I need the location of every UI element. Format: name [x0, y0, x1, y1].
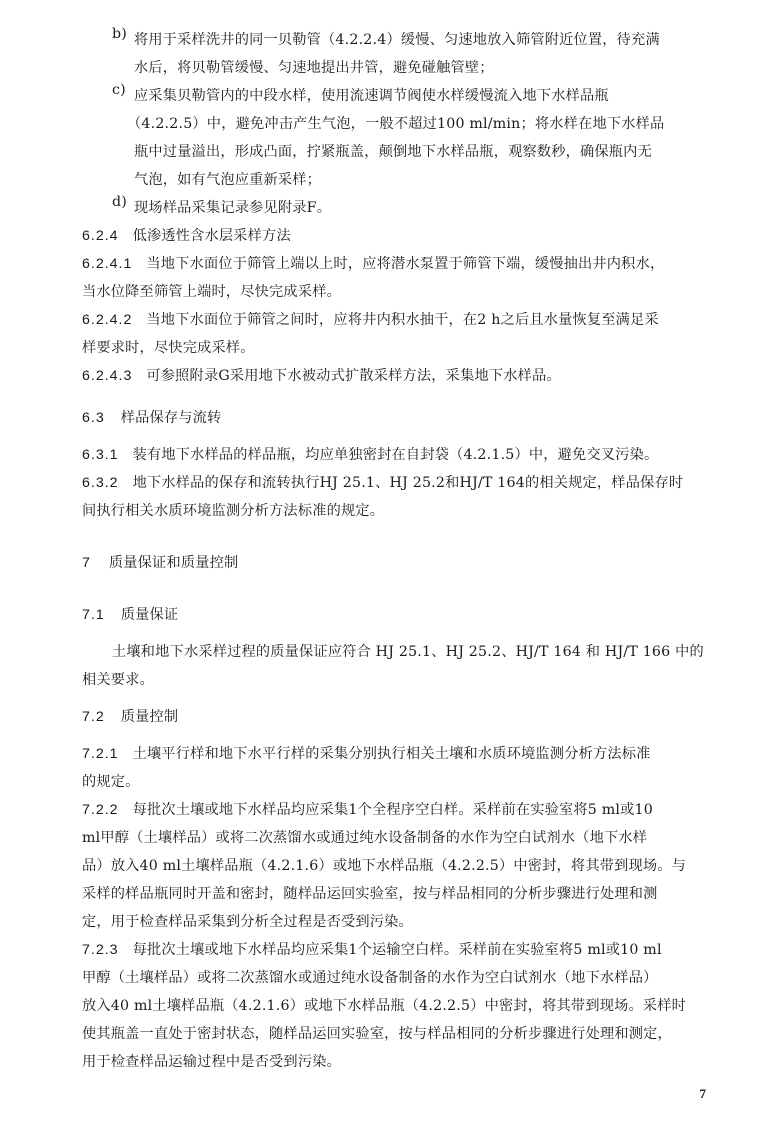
- section-title: 样品保存与流转: [121, 410, 222, 426]
- paragraph-text: 土壤和地下水采样过程的质量保证应符合 HJ 25.1、HJ 25.2、HJ/T …: [82, 638, 712, 666]
- clause-6-2-4-2: 6.2.4.2当地下水面位于筛管之间时，应将井内积水抽干，在2 h之后且水量恢复…: [82, 306, 712, 362]
- text-line: 现场样品采集记录参见附录F。: [134, 194, 712, 222]
- list-item-c: c) 应采集贝勒管内的中段水样，使用流速调节阀使水样缓慢流入地下水样品瓶 （4.…: [82, 82, 712, 194]
- list-item-d: d) 现场样品采集记录参见附录F。: [82, 194, 712, 222]
- clause-text: 间执行相关水质环境监测分析方法标准的规定。: [82, 497, 712, 525]
- clause-text: 当地下水面位于筛管之间时，应将井内积水抽干，在2 h之后且水量恢复至满足采: [146, 312, 658, 328]
- section-number: 7.1: [82, 601, 105, 629]
- clause-number: 6.3.1: [82, 441, 119, 469]
- clause-text: 放入40 ml土壤样品瓶（4.2.1.6）或地下水样品瓶（4.2.2.5）中密封…: [82, 992, 712, 1020]
- chapter-number: 7: [82, 549, 91, 577]
- clause-text: 当水位降至筛管上端时，尽快完成采样。: [82, 278, 712, 306]
- paragraph-text: 相关要求。: [82, 666, 712, 694]
- text-line: 水后，将贝勒管缓慢、匀速地提出井管，避免碰触管壁；: [134, 54, 712, 82]
- clause-text: 每批次土壤或地下水样品均应采集1个运输空白样。采样前在实验室将5 ml或10 m…: [133, 942, 662, 958]
- text-line: （4.2.2.5）中，避免冲击产生气泡，一般不超过100 ml/min；将水样在…: [127, 110, 712, 138]
- clause-text: 用于检查样品运输过程中是否受到污染。: [82, 1048, 712, 1076]
- document-page: b) 将用于采样洗井的同一贝勒管（4.2.2.4）缓慢、匀速地放入筛管附近位置，…: [82, 26, 712, 1076]
- list-item-b: b) 将用于采样洗井的同一贝勒管（4.2.2.4）缓慢、匀速地放入筛管附近位置，…: [82, 26, 712, 82]
- list-marker: b): [112, 26, 127, 42]
- clause-text: 当地下水面位于筛管上端以上时，应将潜水泵置于筛管下端，缓慢抽出井内积水，: [146, 256, 664, 272]
- section-number: 7.2: [82, 703, 105, 731]
- clause-7-2-1: 7.2.1土壤平行样和地下水平行样的采集分别执行相关土壤和水质环境监测分析方法标…: [82, 740, 712, 796]
- clause-number: 7.2.1: [82, 740, 119, 768]
- section-title: 质量控制: [121, 709, 179, 725]
- clause-7-2-3: 7.2.3每批次土壤或地下水样品均应采集1个运输空白样。采样前在实验室将5 ml…: [82, 936, 712, 1076]
- clause-text: 采样的样品瓶同时开盖和密封，随样品运回实验室，按与样品相同的分析步骤进行处理和测: [82, 880, 712, 908]
- clause-number: 6.2.4.3: [82, 362, 132, 390]
- clause-text: 每批次土壤或地下水样品均应采集1个全程序空白样。采样前在实验室将5 ml或10: [133, 802, 653, 818]
- clause-number: 7.2.2: [82, 796, 119, 824]
- clause-text: 品）放入40 ml土壤样品瓶（4.2.1.6）或地下水样品瓶（4.2.2.5）中…: [82, 852, 712, 880]
- text-line: 应采集贝勒管内的中段水样，使用流速调节阀使水样缓慢流入地下水样品瓶: [134, 82, 712, 110]
- clause-text: 的规定。: [82, 768, 712, 796]
- section-heading-7-2: 7.2质量控制: [82, 703, 712, 731]
- clause-6-3-2: 6.3.2地下水样品的保存和流转执行HJ 25.1、HJ 25.2和HJ/T 1…: [82, 469, 712, 525]
- list-marker: c): [112, 82, 126, 98]
- section-heading-6-3: 6.3样品保存与流转: [82, 404, 712, 432]
- chapter-heading-7: 7质量保证和质量控制: [82, 549, 712, 577]
- clause-text: 可参照附录G采用地下水被动式扩散采样方法，采集地下水样品。: [146, 368, 560, 384]
- list-marker: d): [112, 194, 127, 210]
- text-line: 将用于采样洗井的同一贝勒管（4.2.2.4）缓慢、匀速地放入筛管附近位置，待充满: [134, 26, 712, 54]
- clause-title: 低渗透性含水层采样方法: [133, 228, 291, 244]
- clause-6-2-4-3: 6.2.4.3可参照附录G采用地下水被动式扩散采样方法，采集地下水样品。: [82, 362, 712, 390]
- chapter-title: 质量保证和质量控制: [109, 555, 239, 571]
- clause-text: 土壤平行样和地下水平行样的采集分别执行相关土壤和水质环境监测分析方法标准: [133, 746, 651, 762]
- clause-heading-6-2-4: 6.2.4低渗透性含水层采样方法: [82, 222, 712, 250]
- clause-text: 地下水样品的保存和流转执行HJ 25.1、HJ 25.2和HJ/T 164的相关…: [133, 475, 684, 491]
- clause-text: 样要求时，尽快完成采样。: [82, 334, 712, 362]
- clause-text: ml甲醇（土壤样品）或将二次蒸馏水或通过纯水设备制备的水作为空白试剂水（地下水样: [82, 824, 712, 852]
- page-number: 7: [700, 1086, 707, 1102]
- clause-7-2-2: 7.2.2每批次土壤或地下水样品均应采集1个全程序空白样。采样前在实验室将5 m…: [82, 796, 712, 936]
- clause-text: 使其瓶盖一直处于密封状态，随样品运回实验室，按与样品相同的分析步骤进行处理和测定…: [82, 1020, 712, 1048]
- text-line: 瓶中过量溢出，形成凸面，拧紧瓶盖，颠倒地下水样品瓶，观察数秒，确保瓶内无: [134, 138, 712, 166]
- clause-number: 6.2.4.1: [82, 250, 132, 278]
- clause-text: 装有地下水样品的样品瓶，均应单独密封在自封袋（4.2.1.5）中，避免交叉污染。: [133, 447, 659, 463]
- section-title: 质量保证: [121, 607, 179, 623]
- paragraph-7-1: 土壤和地下水采样过程的质量保证应符合 HJ 25.1、HJ 25.2、HJ/T …: [82, 638, 712, 694]
- section-number: 6.3: [82, 404, 105, 432]
- clause-6-2-4-1: 6.2.4.1当地下水面位于筛管上端以上时，应将潜水泵置于筛管下端，缓慢抽出井内…: [82, 250, 712, 306]
- clause-number: 6.2.4.2: [82, 306, 132, 334]
- clause-text: 甲醇（土壤样品）或将二次蒸馏水或通过纯水设备制备的水作为空白试剂水（地下水样品）: [82, 964, 712, 992]
- section-heading-7-1: 7.1质量保证: [82, 601, 712, 629]
- clause-number: 6.3.2: [82, 469, 119, 497]
- clause-number: 7.2.3: [82, 936, 119, 964]
- clause-number: 6.2.4: [82, 222, 119, 250]
- clause-text: 定，用于检查样品采集到分析全过程是否受到污染。: [82, 908, 712, 936]
- text-line: 气泡，如有气泡应重新采样；: [134, 166, 712, 194]
- clause-6-3-1: 6.3.1装有地下水样品的样品瓶，均应单独密封在自封袋（4.2.1.5）中，避免…: [82, 441, 712, 469]
